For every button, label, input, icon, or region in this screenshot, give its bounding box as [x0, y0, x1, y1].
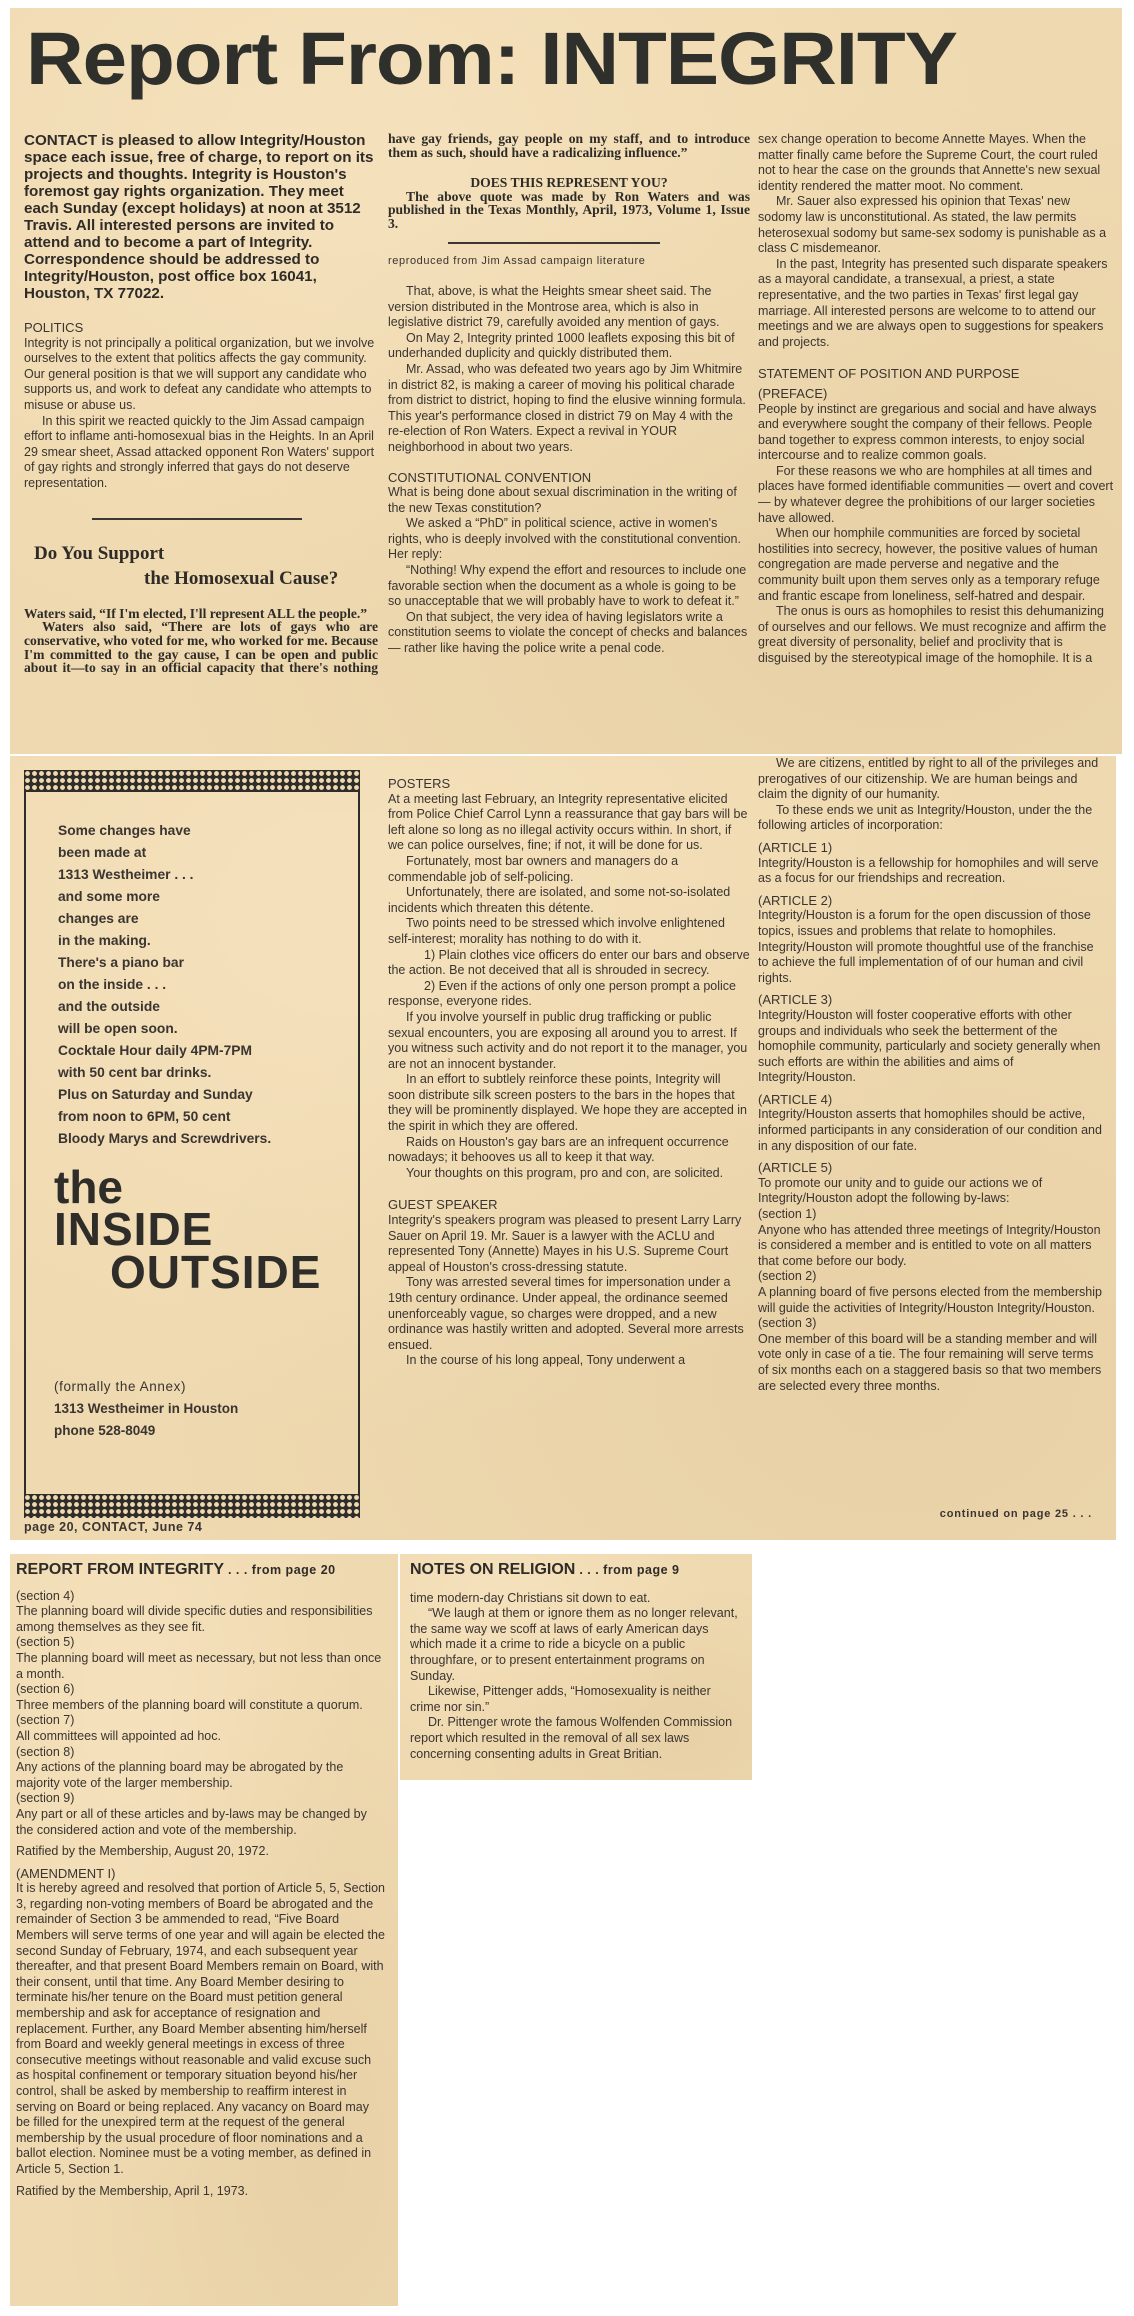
convention-paragraph: “Nothing! Why expend the effort and reso…	[388, 563, 750, 610]
article-label: (ARTICLE 2)	[758, 893, 1106, 909]
page-folio: page 20, CONTACT, June 74	[24, 1520, 202, 1534]
divider	[448, 242, 660, 244]
article-text: To promote our unity and to guide our ac…	[758, 1176, 1106, 1207]
from-page: . . . from page 9	[575, 1563, 679, 1577]
amendment-label: (AMENDMENT I)	[16, 1866, 386, 1882]
smear-quote-continued: have gay friends, gay people on my staff…	[388, 132, 750, 174]
ad-line: from noon to 6PM, 50 cent	[58, 1106, 271, 1128]
smear-quote: Waters also said, “There are lots of gay…	[24, 620, 378, 676]
posters-heading: POSTERS	[388, 776, 750, 792]
section-label: (section 7)	[16, 1713, 386, 1729]
speaker-continued-paragraph: In the past, Integrity has presented suc…	[758, 257, 1114, 351]
posters-paragraph: Raids on Houston's gay bars are an infre…	[388, 1135, 750, 1166]
article-label: (ARTICLE 5)	[758, 1160, 1106, 1176]
ad-line: Cocktale Hour daily 4PM-7PM	[58, 1040, 271, 1062]
convention-paragraph: On that subject, the very idea of having…	[388, 610, 750, 657]
article-text: Integrity/Houston will foster cooperativ…	[758, 1008, 1106, 1086]
section-label: (section 1)	[758, 1207, 1106, 1223]
article-text: Integrity/Houston is a forum for the ope…	[758, 908, 1106, 986]
ad-line: Bloody Marys and Screwdrivers.	[58, 1128, 271, 1150]
posters-paragraph: If you involve yourself in public drug t…	[388, 1010, 750, 1072]
politics-paragraph: In this spirit we reacted quickly to the…	[24, 414, 378, 492]
posters-paragraph: In an effort to subtlely reinforce these…	[388, 1072, 750, 1134]
column-3: sex change operation to become Annette M…	[758, 132, 1114, 666]
ad-line: on the inside . . .	[58, 974, 271, 996]
page-headline: Report From: INTEGRITY	[26, 22, 957, 96]
ad-line: 1313 Westheimer . . .	[58, 864, 271, 886]
posters-paragraph: At a meeting last February, an Integrity…	[388, 792, 750, 854]
article-text: Integrity/Houston is a fellowship for ho…	[758, 856, 1106, 887]
section-text: One member of this board will be a stand…	[758, 1332, 1106, 1394]
section-text: A planning board of five persons elected…	[758, 1285, 1106, 1316]
ad-address: 1313 Westheimer in Houston	[54, 1398, 238, 1420]
speaker-continued-paragraph: Mr. Sauer also expressed his opinion tha…	[758, 194, 1114, 256]
article-text: Integrity/Houston asserts that homophile…	[758, 1107, 1106, 1154]
religion-paragraph: “We laugh at them or ignore them as no l…	[410, 1606, 742, 1684]
section-text: All committees will appointed ad hoc.	[16, 1729, 386, 1745]
column-2: have gay friends, gay people on my staff…	[388, 132, 750, 657]
ad-line: and some more	[58, 886, 271, 908]
checker-border-top	[24, 770, 360, 792]
ad-line: in the making.	[58, 930, 271, 952]
guest-speaker-paragraph: Tony was arrested several times for impe…	[388, 1275, 750, 1353]
smear-title-line-1: Do You Support	[34, 546, 378, 562]
clipping-middle: Some changes have been made at 1313 West…	[10, 756, 1116, 1540]
statement-paragraph: The onus is ours as homophiles to resist…	[758, 604, 1114, 666]
section-text: The planning board will divide specific …	[16, 1604, 386, 1635]
speaker-continued-paragraph: sex change operation to become Annette M…	[758, 132, 1114, 194]
logo-outside: OUTSIDE	[54, 1251, 321, 1293]
smear-caption: reproduced from Jim Assad campaign liter…	[388, 254, 750, 270]
section-text: Any actions of the planning board may be…	[16, 1760, 386, 1791]
inside-outside-advertisement: Some changes have been made at 1313 West…	[24, 770, 360, 1522]
convention-paragraph: We asked a “PhD” in political science, a…	[388, 516, 750, 563]
aftermath-paragraph: That, above, is what the Heights smear s…	[388, 284, 750, 331]
amendment-text: It is hereby agreed and resolved that po…	[16, 1881, 386, 2177]
aftermath-paragraph: On May 2, Integrity printed 1000 leaflet…	[388, 331, 750, 362]
section-label: (section 5)	[16, 1635, 386, 1651]
from-page: . . . from page 20	[224, 1563, 336, 1577]
religion-paragraph: Dr. Pittenger wrote the famous Wolfenden…	[410, 1715, 742, 1762]
inside-outside-logo: the INSIDE OUTSIDE	[54, 1166, 321, 1293]
politics-paragraph: Integrity is not principally a political…	[24, 336, 378, 414]
statement-paragraph: To these ends we unit as Integrity/Houst…	[758, 803, 1106, 834]
section-text: The planning board will meet as necessar…	[16, 1651, 386, 1682]
ad-phone: phone 528-8049	[54, 1420, 238, 1442]
section-label: (section 4)	[16, 1589, 386, 1605]
section-label: (section 6)	[16, 1682, 386, 1698]
heading-text: NOTES ON RELIGION	[410, 1561, 575, 1578]
religion-paragraph: Likewise, Pittenger adds, “Homosexuality…	[410, 1684, 742, 1715]
religion-continued-column: NOTES ON RELIGION . . . from page 9 time…	[410, 1562, 742, 1762]
article-label: (ARTICLE 1)	[758, 840, 1106, 856]
section-text: Any part or all of these articles and by…	[16, 1807, 386, 1838]
religion-continued-heading: NOTES ON RELIGION . . . from page 9	[410, 1562, 742, 1579]
religion-paragraph: time modern-day Christians sit down to e…	[410, 1591, 742, 1607]
section-label: (section 3)	[758, 1316, 1106, 1332]
ad-line: with 50 cent bar drinks.	[58, 1062, 271, 1084]
section-label: (section 8)	[16, 1745, 386, 1761]
divider	[92, 518, 302, 520]
article-label: (ARTICLE 3)	[758, 992, 1106, 1008]
smear-attribution: The above quote was made by Ron Waters a…	[388, 190, 750, 231]
ad-footer: (formally the Annex) 1313 Westheimer in …	[54, 1376, 238, 1442]
logo-inside: INSIDE	[54, 1208, 321, 1250]
guest-speaker-paragraph: In the course of his long appeal, Tony u…	[388, 1353, 750, 1369]
ad-line: will be open soon.	[58, 1018, 271, 1040]
clipping-top: Report From: INTEGRITY CONTACT is please…	[10, 8, 1122, 754]
posters-paragraph: Your thoughts on this program, pro and c…	[388, 1166, 750, 1182]
guest-speaker-heading: GUEST SPEAKER	[388, 1197, 750, 1213]
guest-speaker-paragraph: Integrity's speakers program was pleased…	[388, 1213, 750, 1275]
heading-text: REPORT FROM INTEGRITY	[16, 1561, 224, 1578]
statement-paragraph: People by instinct are gregarious and so…	[758, 402, 1114, 464]
continued-note: continued on page 25 . . .	[940, 1508, 1092, 1520]
section-label: (section 9)	[16, 1791, 386, 1807]
ad-line: been made at	[58, 842, 271, 864]
ad-line: changes are	[58, 908, 271, 930]
posters-paragraph: Fortunately, most bar owners and manager…	[388, 854, 750, 885]
checker-border-bottom	[24, 1494, 360, 1518]
column-3: We are citizens, entitled by right to al…	[758, 756, 1106, 1394]
convention-paragraph: What is being done about sexual discrimi…	[388, 485, 750, 516]
section-label: (section 2)	[758, 1269, 1106, 1285]
clipping-report-continued: REPORT FROM INTEGRITY . . . from page 20…	[10, 1554, 398, 2306]
posters-point: 1) Plain clothes vice officers do enter …	[388, 948, 750, 979]
clipping-religion-continued: NOTES ON RELIGION . . . from page 9 time…	[400, 1554, 752, 1780]
report-continued-heading: REPORT FROM INTEGRITY . . . from page 20	[16, 1562, 386, 1579]
ad-line: Plus on Saturday and Sunday	[58, 1084, 271, 1106]
column-1: CONTACT is pleased to allow Integrity/Ho…	[24, 132, 378, 676]
ad-line: There's a piano bar	[58, 952, 271, 974]
ad-line: Some changes have	[58, 820, 271, 842]
section-text: Three members of the planning board will…	[16, 1698, 386, 1714]
section-text: Anyone who has attended three meetings o…	[758, 1223, 1106, 1270]
column-2: POSTERS At a meeting last February, an I…	[388, 776, 750, 1369]
logo-the: the	[54, 1166, 321, 1208]
posters-point: 2) Even if the actions of only one perso…	[388, 979, 750, 1010]
smear-quote: Waters said, “If I'm elected, I'll repre…	[24, 607, 378, 621]
ratified-note: Ratified by the Membership, August 20, 1…	[16, 1844, 386, 1860]
report-continued-column: REPORT FROM INTEGRITY . . . from page 20…	[16, 1562, 386, 2199]
politics-heading: POLITICS	[24, 320, 378, 336]
statement-heading: STATEMENT OF POSITION AND PURPOSE	[758, 366, 1114, 382]
ad-line: and the outside	[58, 996, 271, 1018]
smear-title-line-2: the Homosexual Cause?	[144, 571, 378, 587]
posters-paragraph: Two points need to be stressed which inv…	[388, 916, 750, 947]
smear-question: DOES THIS REPRESENT YOU?	[388, 176, 750, 190]
statement-paragraph: When our homphile communities are forced…	[758, 526, 1114, 604]
ad-formerly: (formally the Annex)	[54, 1376, 238, 1398]
intro-paragraph: CONTACT is pleased to allow Integrity/Ho…	[24, 132, 378, 302]
preface-label: (PREFACE)	[758, 386, 1114, 402]
article-label: (ARTICLE 4)	[758, 1092, 1106, 1108]
convention-heading: CONSTITUTIONAL CONVENTION	[388, 470, 750, 486]
aftermath-paragraph: Mr. Assad, who was defeated two years ag…	[388, 362, 750, 456]
statement-paragraph: We are citizens, entitled by right to al…	[758, 756, 1106, 803]
posters-paragraph: Unfortunately, there are isolated, and s…	[388, 885, 750, 916]
ratified-note: Ratified by the Membership, April 1, 197…	[16, 2184, 386, 2200]
statement-paragraph: For these reasons we who are homphiles a…	[758, 464, 1114, 526]
ad-copy: Some changes have been made at 1313 West…	[58, 820, 271, 1150]
